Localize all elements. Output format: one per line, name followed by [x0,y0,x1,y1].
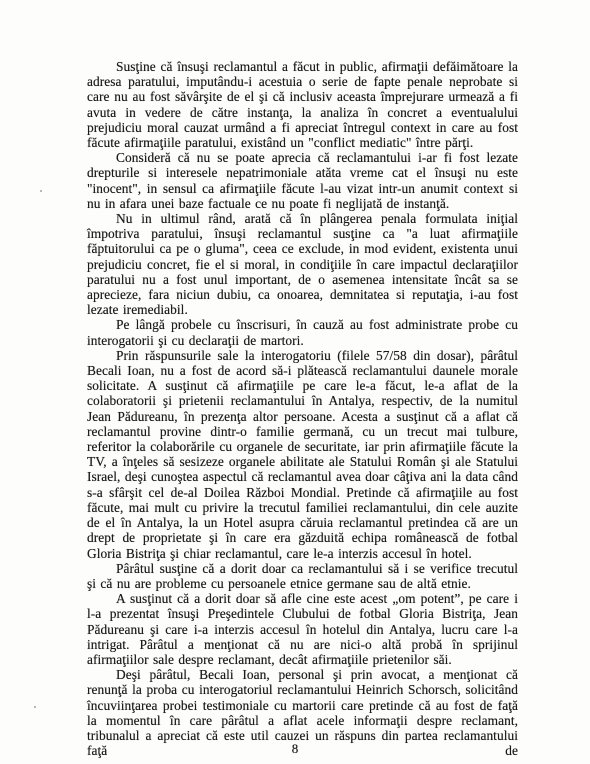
body-text: Susţine că însuşi reclamantul a făcut in… [87,59,518,758]
scan-speck [40,190,42,192]
paragraph-criminal-complaint: Nu in ultimul rând, arată că în plângere… [87,211,518,317]
scan-speck [34,706,36,708]
paragraph-verify-past: Pârâtul susţine că a dorit doar ca recla… [87,561,518,591]
paragraph-no-harm-assessment: Consideră că nu se poate aprecia că recl… [87,150,518,211]
paragraph-evidence-administered: Pe lângă probele cu înscrisuri, în cauză… [87,317,518,347]
paragraph-om-potent: A susţinut că a dorit doar să afle cine … [87,591,518,667]
page-number: 8 [0,742,590,756]
scanned-court-document-page: Susţine că însuşi reclamantul a făcut in… [0,0,590,764]
paragraph-interrogatory-answers: Prin răspunsurile sale la interogatoriu … [87,348,518,561]
paragraph-claims-defamatory: Susţine că însuşi reclamantul a făcut in… [87,59,518,150]
